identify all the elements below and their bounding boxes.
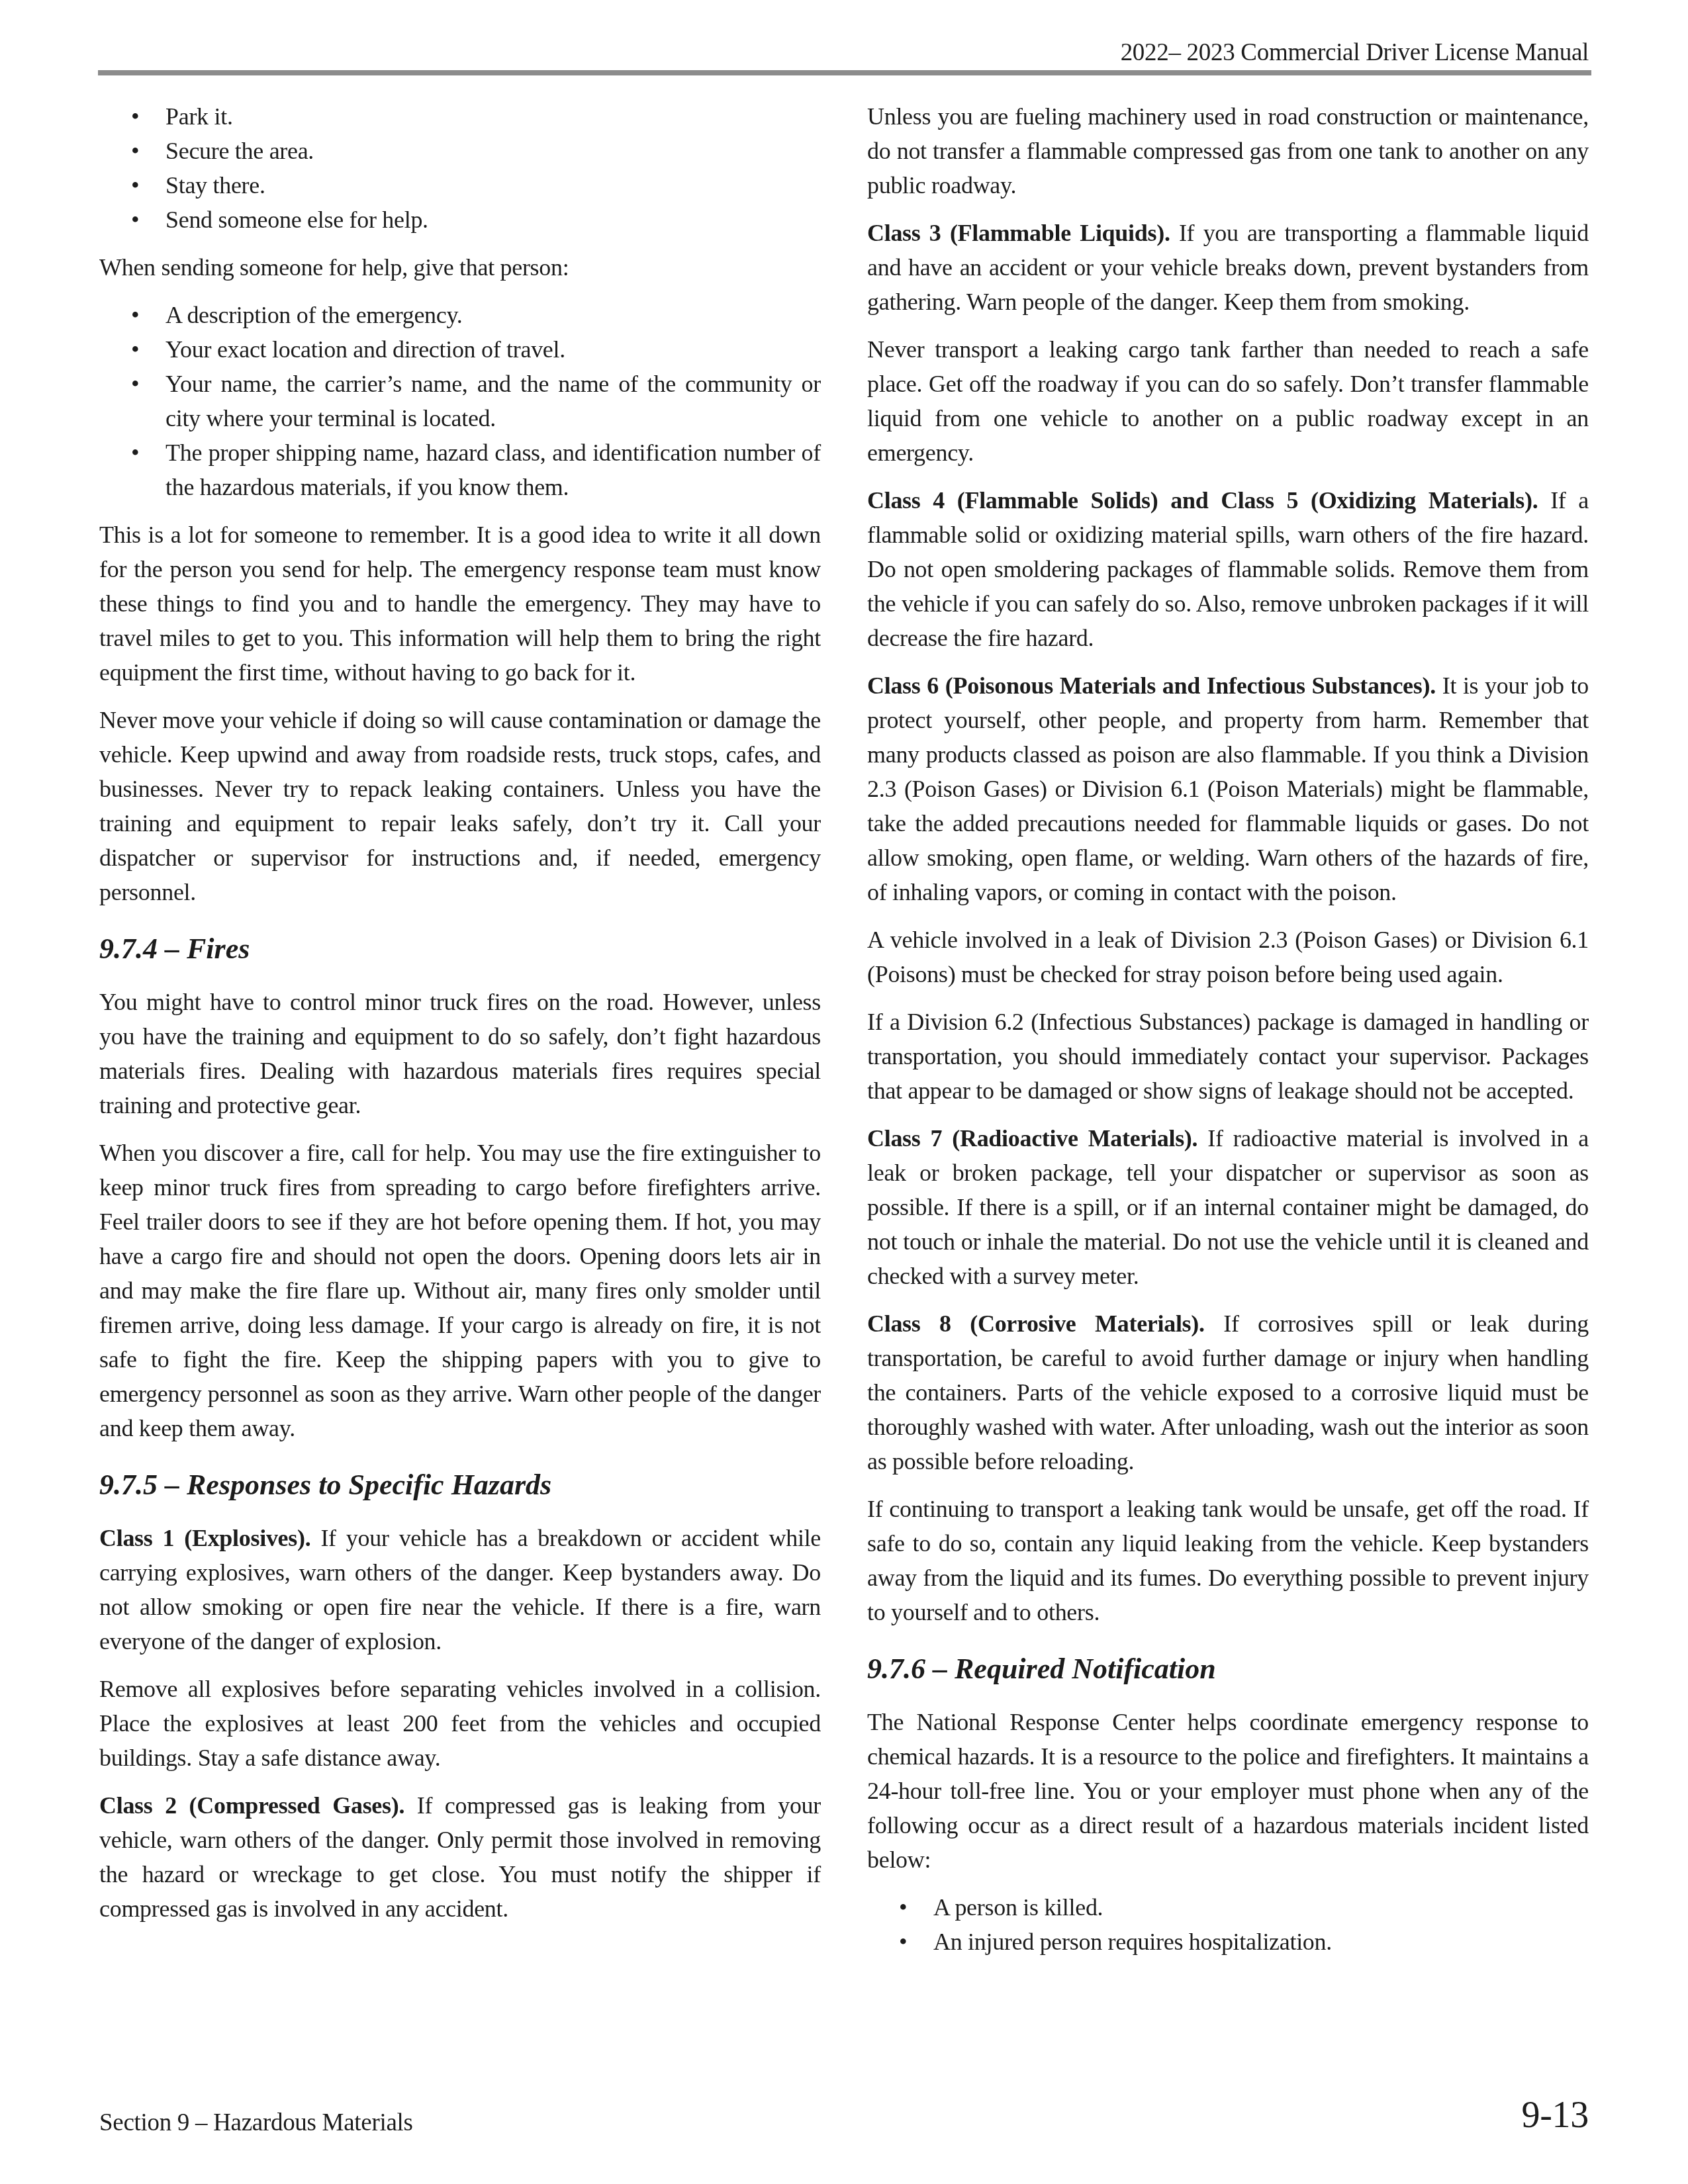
class8-lead: Class 8 (Corrosive Materials).	[867, 1310, 1205, 1337]
paragraph-never-move: Never move your vehicle if doing so will…	[99, 703, 821, 909]
bullet-icon: •	[899, 1925, 907, 1959]
page-header-title: 2022– 2023 Commercial Driver License Man…	[1121, 38, 1589, 68]
list-item: •A description of the emergency.	[99, 298, 821, 332]
list-item-text: Your name, the carrier’s name, and the n…	[165, 371, 821, 432]
list-item: •Your exact location and direction of tr…	[99, 332, 821, 367]
paragraph-fueling: Unless you are fueling machinery used in…	[867, 99, 1589, 203]
bullet-icon: •	[131, 367, 139, 401]
right-column: Unless you are fueling machinery used in…	[867, 99, 1589, 1972]
list-item-text: Your exact location and direction of tra…	[165, 336, 565, 363]
paragraph-leaking-tank: Never transport a leaking cargo tank far…	[867, 332, 1589, 470]
paragraph-remember: This is a lot for someone to remember. I…	[99, 518, 821, 690]
list-item-text: Secure the area.	[165, 138, 314, 164]
bullet-icon: •	[131, 134, 139, 168]
page-number: 9-13	[1522, 2095, 1589, 2135]
class2-lead: Class 2 (Compressed Gases).	[99, 1792, 404, 1819]
left-column: •Park it. •Secure the area. •Stay there.…	[99, 99, 821, 1939]
list-item-text: A description of the emergency.	[165, 302, 463, 328]
list-item: •Stay there.	[99, 168, 821, 203]
bullet-list-incidents: •A person is killed. •An injured person …	[867, 1890, 1589, 1959]
class3-lead: Class 3 (Flammable Liquids).	[867, 220, 1170, 246]
paragraph-class8: Class 8 (Corrosive Materials). If corros…	[867, 1306, 1589, 1479]
paragraph-class4-5: Class 4 (Flammable Solids) and Class 5 (…	[867, 483, 1589, 655]
bullet-icon: •	[131, 168, 139, 203]
list-item: •The proper shipping name, hazard class,…	[99, 435, 821, 504]
list-item-text: An injured person requires hospitalizati…	[933, 1929, 1332, 1955]
class4-5-lead: Class 4 (Flammable Solids) and Class 5 (…	[867, 487, 1538, 514]
paragraph-class2: Class 2 (Compressed Gases). If compresse…	[99, 1788, 821, 1926]
section-heading-fires: 9.7.4 – Fires	[99, 932, 821, 966]
list-item: •A person is killed.	[867, 1890, 1589, 1925]
bullet-list-give-person: •A description of the emergency. •Your e…	[99, 298, 821, 504]
paragraph-leaking-unsafe: If continuing to transport a leaking tan…	[867, 1492, 1589, 1629]
footer-section-label: Section 9 – Hazardous Materials	[99, 2109, 413, 2138]
paragraph-class6: Class 6 (Poisonous Materials and Infecti…	[867, 668, 1589, 909]
paragraph-remove-explosives: Remove all explosives before separating …	[99, 1672, 821, 1775]
bullet-icon: •	[131, 203, 139, 237]
list-item-text: A person is killed.	[933, 1894, 1103, 1921]
list-item-text: Park it.	[165, 103, 233, 130]
bullet-icon: •	[131, 435, 139, 470]
paragraph-minor-fires: You might have to control minor truck fi…	[99, 985, 821, 1122]
list-item: •Park it.	[99, 99, 821, 134]
bullet-icon: •	[899, 1890, 907, 1925]
header-rule	[98, 70, 1591, 75]
bullet-icon: •	[131, 332, 139, 367]
list-item: •Send someone else for help.	[99, 203, 821, 237]
list-item-text: Send someone else for help.	[165, 206, 428, 233]
paragraph-send-help: When sending someone for help, give that…	[99, 250, 821, 285]
paragraph-class1: Class 1 (Explosives). If your vehicle ha…	[99, 1521, 821, 1659]
list-item-text: The proper shipping name, hazard class, …	[165, 439, 821, 500]
paragraph-nrc: The National Response Center helps coord…	[867, 1705, 1589, 1877]
section-heading-notification: 9.7.6 – Required Notification	[867, 1652, 1589, 1686]
list-item: •Your name, the carrier’s name, and the …	[99, 367, 821, 435]
class1-lead: Class 1 (Explosives).	[99, 1525, 310, 1551]
paragraph-discover-fire: When you discover a fire, call for help.…	[99, 1136, 821, 1445]
paragraph-infectious: If a Division 6.2 (Infectious Substances…	[867, 1005, 1589, 1108]
bullet-list-actions: •Park it. •Secure the area. •Stay there.…	[99, 99, 821, 237]
paragraph-poison-check: A vehicle involved in a leak of Division…	[867, 923, 1589, 991]
class6-lead: Class 6 (Poisonous Materials and Infecti…	[867, 672, 1436, 699]
bullet-icon: •	[131, 298, 139, 332]
paragraph-class3: Class 3 (Flammable Liquids). If you are …	[867, 216, 1589, 319]
manual-page: 2022– 2023 Commercial Driver License Man…	[0, 0, 1688, 2184]
class7-lead: Class 7 (Radioactive Materials).	[867, 1125, 1197, 1152]
class6-text: It is your job to protect yourself, othe…	[867, 672, 1589, 905]
list-item: •An injured person requires hospitalizat…	[867, 1925, 1589, 1959]
section-heading-responses: 9.7.5 – Responses to Specific Hazards	[99, 1468, 821, 1502]
paragraph-class7: Class 7 (Radioactive Materials). If radi…	[867, 1121, 1589, 1293]
list-item: •Secure the area.	[99, 134, 821, 168]
bullet-icon: •	[131, 99, 139, 134]
list-item-text: Stay there.	[165, 172, 265, 199]
